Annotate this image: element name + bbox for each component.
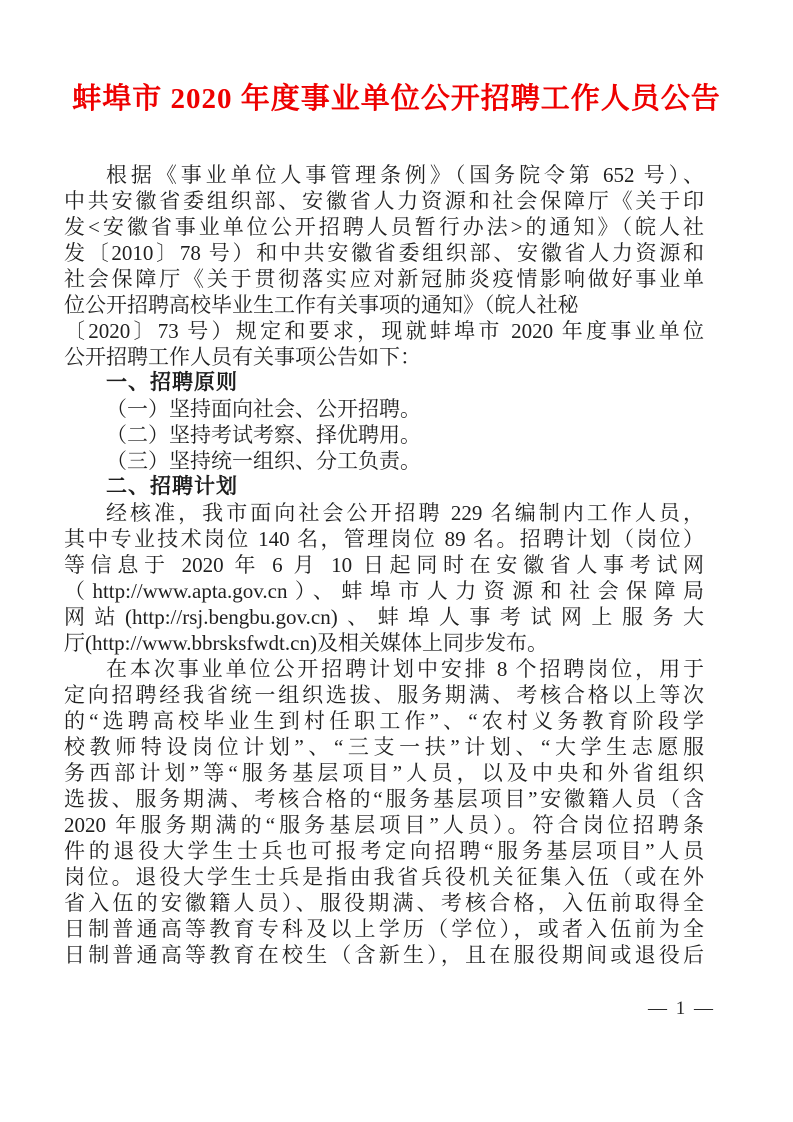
text-line: 其中专业技术岗位 140 名，管理岗位 89 名。招聘计划（岗位） bbox=[64, 526, 704, 552]
text-line: 校教师特设岗位计划”、“三支一扶”计划、“大学生志愿服 bbox=[64, 734, 704, 760]
text-line: 发<安徽省事业单位公开招聘人员暂行办法>的通知》（皖人社 bbox=[64, 214, 704, 240]
text-line: （二）坚持考试考察、择优聘用。 bbox=[64, 422, 704, 448]
section-heading: 一、招聘原则 bbox=[64, 370, 704, 396]
text-line: 中共安徽省委组织部、安徽省人力资源和社会保障厅《关于印 bbox=[64, 188, 704, 214]
document-body: 根据《事业单位人事管理条例》（国务院令第 652 号）、中共安徽省委组织部、安徽… bbox=[64, 162, 704, 968]
text-line: （一）坚持面向社会、公开招聘。 bbox=[64, 396, 704, 422]
text-line: 在本次事业单位公开招聘计划中安排 8 个招聘岗位，用于 bbox=[64, 656, 704, 682]
document-title: 蚌埠市 2020 年度事业单位公开招聘工作人员公告 bbox=[0, 76, 793, 117]
text-line: 发〔2010〕78 号）和中共安徽省委组织部、安徽省人力资源和 bbox=[64, 240, 704, 266]
text-line: 务西部计划”等“服务基层项目”人员，以及中央和外省组织 bbox=[64, 760, 704, 786]
text-line: 省入伍的安徽籍人员）、服役期满、考核合格，入伍前取得全 bbox=[64, 890, 704, 916]
text-line: （三）坚持统一组织、分工负责。 bbox=[64, 448, 704, 474]
text-line: 根据《事业单位人事管理条例》（国务院令第 652 号）、 bbox=[64, 162, 704, 188]
text-line: 日制普通高等教育专科及以上学历（学位），或者入伍前为全 bbox=[64, 916, 704, 942]
text-line: 位公开招聘高校毕业生工作有关事项的通知》（皖人社秘 bbox=[64, 292, 704, 318]
page-number: — 1 — bbox=[648, 998, 715, 1020]
document-page: 蚌埠市 2020 年度事业单位公开招聘工作人员公告 根据《事业单位人事管理条例》… bbox=[0, 0, 793, 1122]
text-line: 定向招聘经我省统一组织选拔、服务期满、考核合格以上等次 bbox=[64, 682, 704, 708]
text-line: 日制普通高等教育在校生（含新生），且在服役期间或退役后 bbox=[64, 942, 704, 968]
section-heading: 二、招聘计划 bbox=[64, 474, 704, 500]
text-line: 经核准，我市面向社会公开招聘 229 名编制内工作人员， bbox=[64, 500, 704, 526]
text-line: 〔2020〕73 号）规定和要求，现就蚌埠市 2020 年度事业单位 bbox=[64, 318, 704, 344]
text-line: 的“选聘高校毕业生到村任职工作”、“农村义务教育阶段学 bbox=[64, 708, 704, 734]
text-line: 岗位。退役大学生士兵是指由我省兵役机关征集入伍（或在外 bbox=[64, 864, 704, 890]
text-line: 社会保障厅《关于贯彻落实应对新冠肺炎疫情影响做好事业单 bbox=[64, 266, 704, 292]
text-line: 2020 年服务期满的“服务基层项目”人员）。符合岗位招聘条 bbox=[64, 812, 704, 838]
text-line: 等信息于 2020 年 6 月 10 日起同时在安徽省人事考试网 bbox=[64, 552, 704, 578]
text-line: 选拔、服务期满、考核合格的“服务基层项目”安徽籍人员（含 bbox=[64, 786, 704, 812]
text-line: （http://www.apta.gov.cn）、蚌埠市人力资源和社会保障局 bbox=[64, 578, 704, 604]
text-line: 网站(http://rsj.bengbu.gov.cn)、蚌埠人事考试网上服务大 bbox=[64, 604, 704, 630]
text-line: 公开招聘工作人员有关事项公告如下： bbox=[64, 344, 704, 370]
text-line: 件的退役大学生士兵也可报考定向招聘“服务基层项目”人员 bbox=[64, 838, 704, 864]
text-line: 厅(http://www.bbrsksfwdt.cn)及相关媒体上同步发布。 bbox=[64, 630, 704, 656]
